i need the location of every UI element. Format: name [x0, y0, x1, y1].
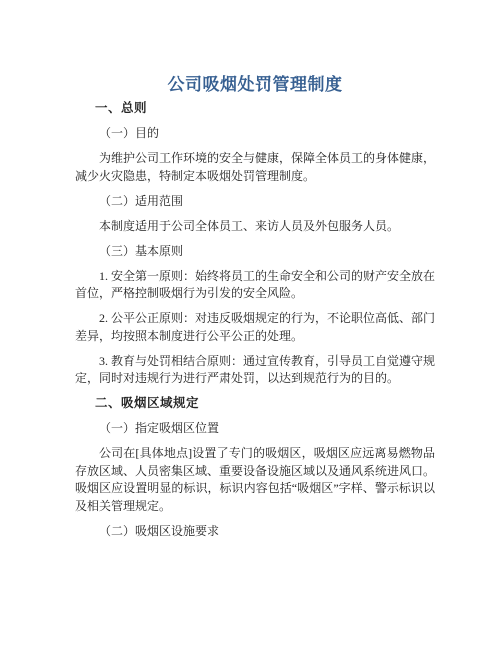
subsection-heading-principles: （三）基本原则 [75, 243, 435, 261]
subsection-heading-scope: （二）适用范围 [75, 193, 435, 211]
paragraph-area-location: 公司在[具体地点]设置了专门的吸烟区，吸烟区应远离易燃物品存放区域、人员密集区域… [75, 445, 435, 515]
paragraph-principle-education: 3. 教育与处罚相结合原则：通过宣传教育，引导员工自觉遵守规定，同时对违规行为进… [75, 353, 435, 388]
document-title: 公司吸烟处罚管理制度 [75, 74, 435, 96]
subsection-heading-area-facilities: （二）吸烟区设施要求 [75, 523, 435, 541]
subsection-heading-purpose: （一）目的 [75, 125, 435, 143]
section-heading-smoking-area: 二、吸烟区域规定 [75, 395, 435, 413]
section-heading-general: 一、总则 [75, 100, 435, 118]
document-page: 公司吸烟处罚管理制度 一、总则 （一）目的 为维护公司工作环境的安全与健康，保障… [0, 0, 500, 647]
paragraph-principle-safety: 1. 安全第一原则：始终将员工的生命安全和公司的财产安全放在首位，严格控制吸烟行… [75, 268, 435, 303]
paragraph-principle-fairness: 2. 公平公正原则：对违反吸烟规定的行为，不论职位高低、部门差异，均按照本制度进… [75, 310, 435, 345]
paragraph-scope: 本制度适用于公司全体员工、来访人员及外包服务人员。 [75, 218, 435, 236]
subsection-heading-area-location: （一）指定吸烟区位置 [75, 420, 435, 438]
paragraph-purpose: 为维护公司工作环境的安全与健康，保障全体员工的身体健康，减少火灾隐患，特制定本吸… [75, 150, 435, 185]
